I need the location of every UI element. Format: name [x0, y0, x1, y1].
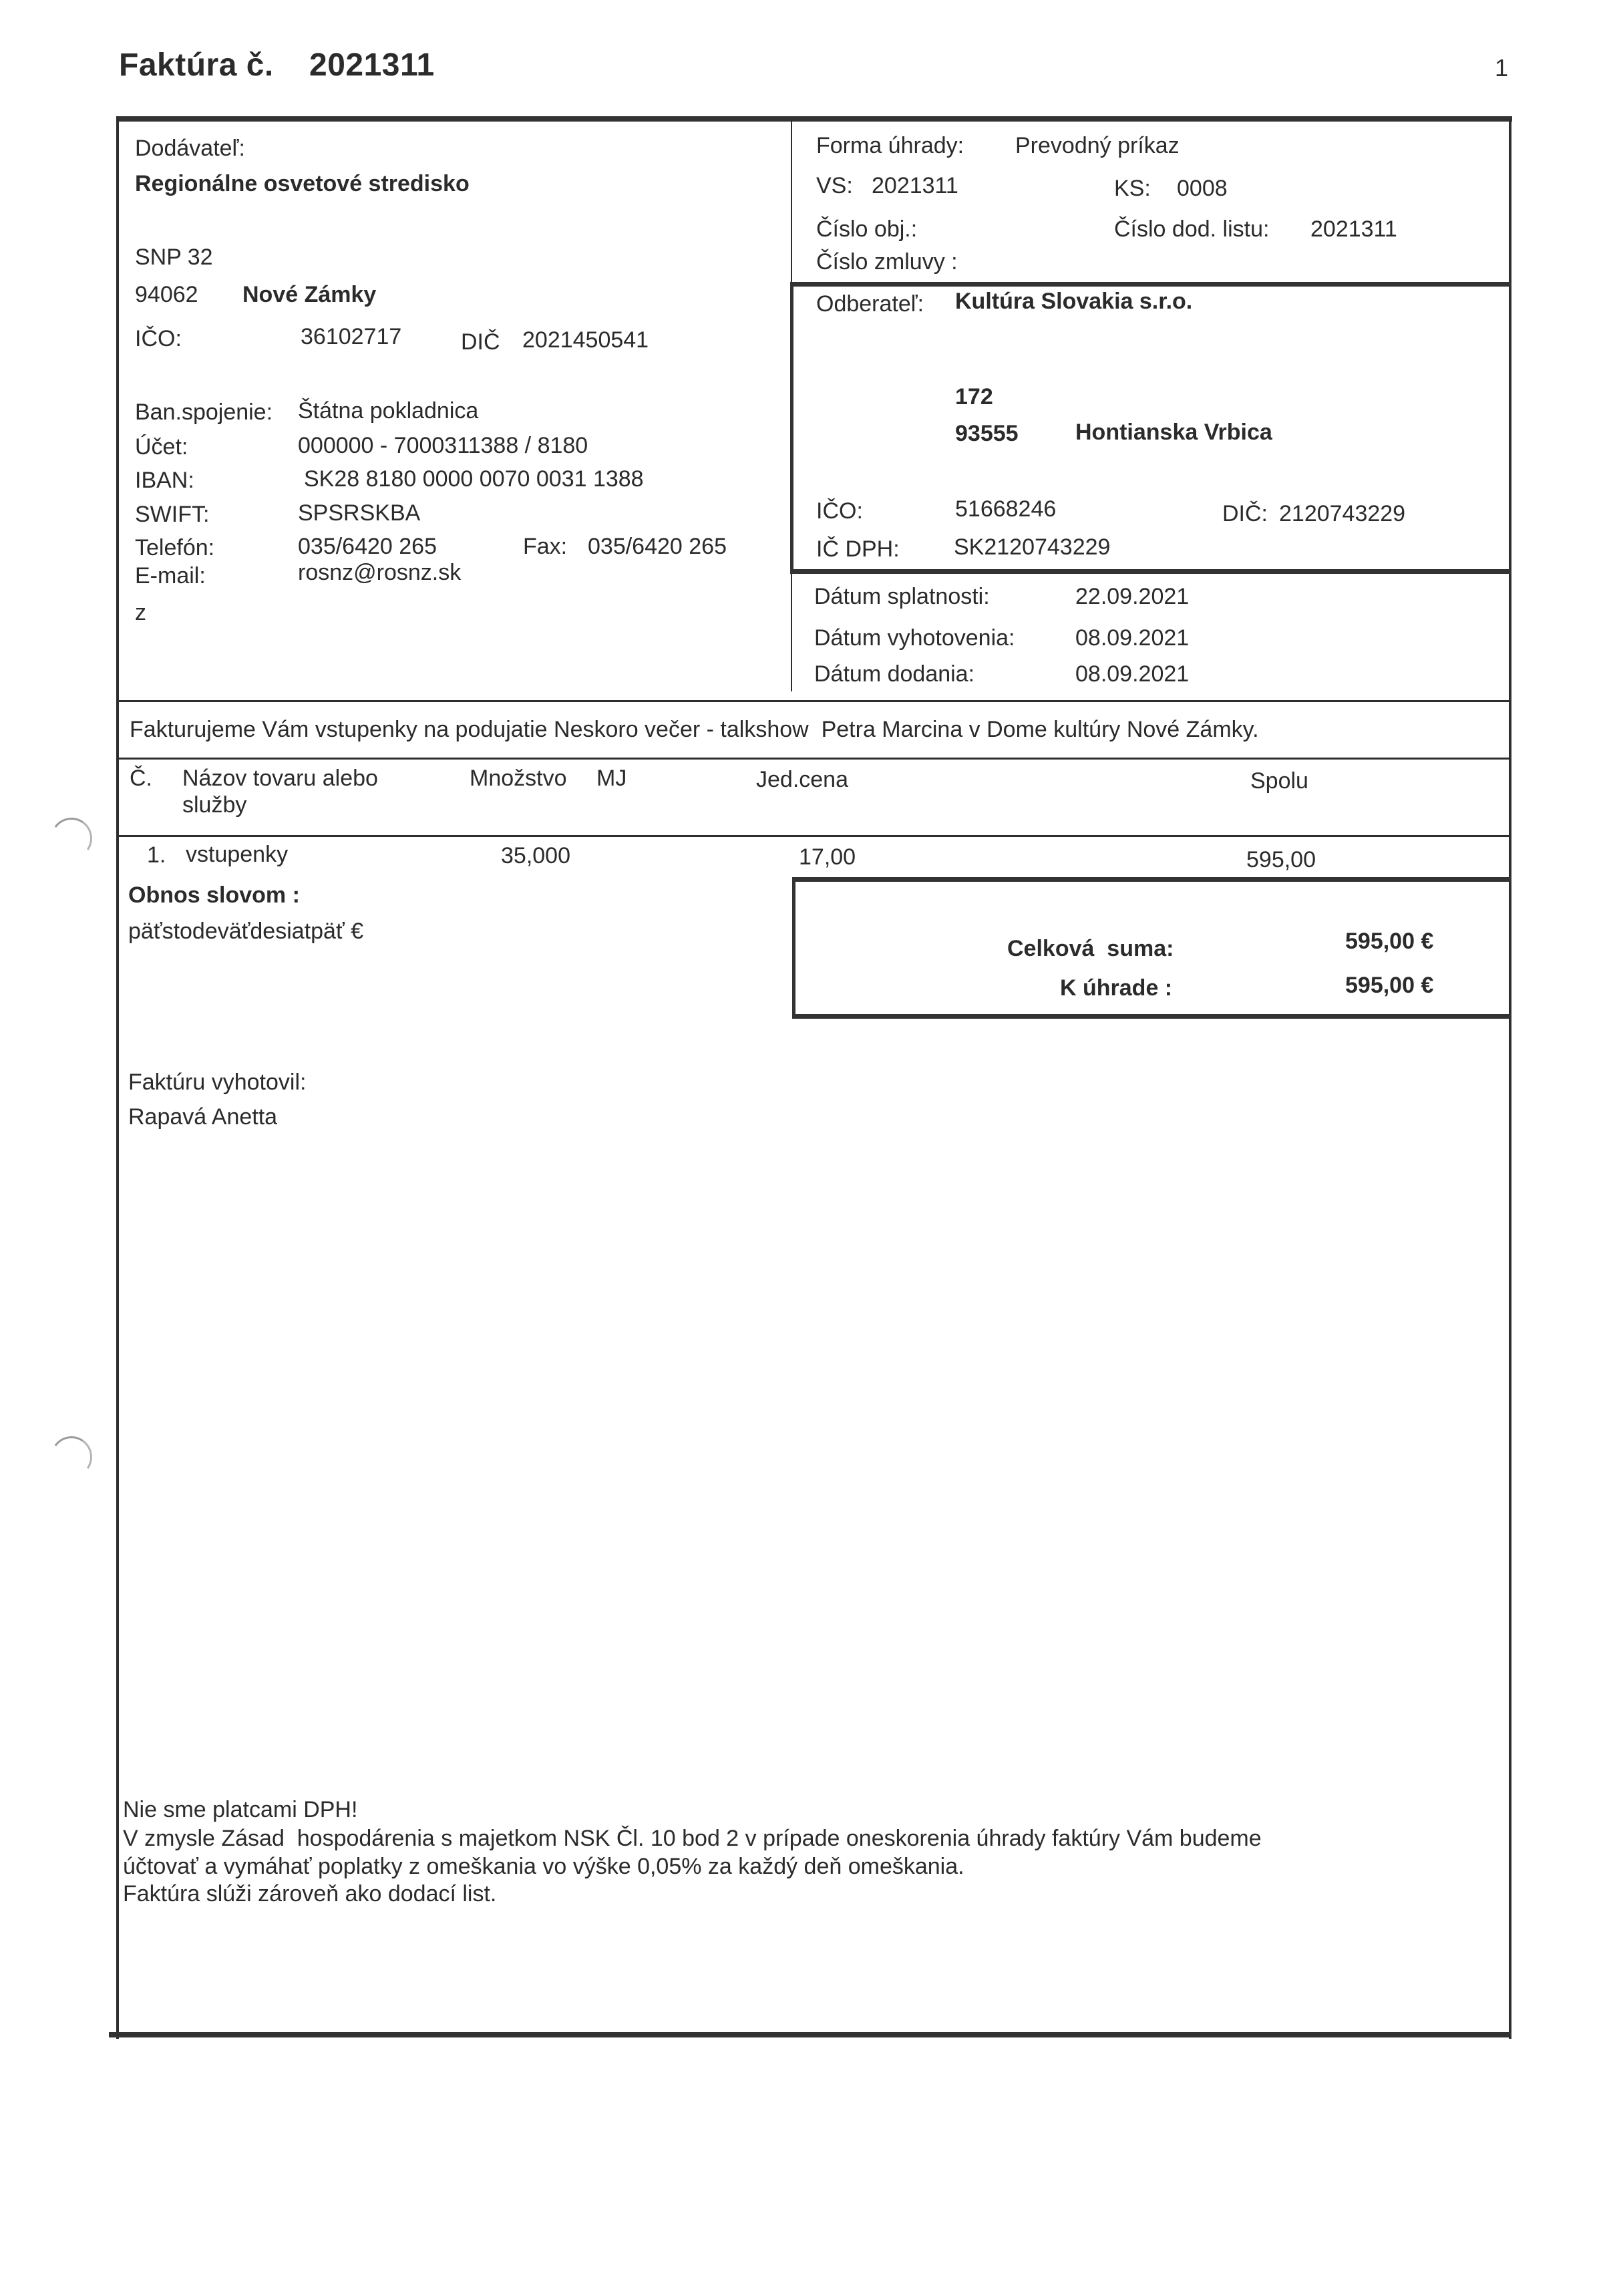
supplier-dic: 2021450541	[522, 329, 649, 351]
supplier-label: Dodávateľ:	[135, 137, 245, 160]
bank-label: Ban.spojenie:	[135, 401, 273, 424]
phone-label: Telefón:	[135, 536, 214, 559]
row-total: 595,00	[1246, 848, 1316, 871]
col-header-name-cont: služby	[182, 794, 246, 816]
divider-line	[118, 700, 1511, 702]
issuer-label: Faktúru vyhotovil:	[128, 1071, 306, 1094]
customer-city: Hontianska Vrbica	[1075, 421, 1272, 444]
fax-value: 035/6420 265	[588, 535, 727, 558]
col-header-unit: MJ	[596, 767, 627, 790]
invoice-title-label: Faktúra č.	[119, 49, 274, 81]
account-number: 000000 - 7000311388 / 8180	[298, 434, 588, 457]
delivery-date: 08.09.2021	[1075, 663, 1189, 685]
totals-box-bottom	[792, 1014, 1511, 1019]
footer-note-line: účtovať a vymáhať poplatky z omeškania v…	[123, 1855, 964, 1878]
supplier-dic-label: DIČ	[461, 331, 500, 353]
order-number-label: Číslo obj.:	[816, 218, 917, 240]
supplier-name: Regionálne osvetové stredisko	[135, 172, 470, 195]
col-header-total: Spolu	[1250, 770, 1308, 792]
vs-label: VS:	[816, 174, 853, 197]
customer-dic-label: DIČ:	[1222, 502, 1268, 525]
contract-number-label: Číslo zmluvy :	[816, 251, 958, 273]
frame-top-border	[118, 116, 1512, 122]
frame-left-border	[116, 116, 119, 2039]
iban-value: SK28 8180 0000 0070 0031 1388	[304, 468, 644, 490]
page-number: 1	[1495, 56, 1508, 80]
customer-box-bottom	[791, 569, 1511, 574]
punch-hole-mark	[47, 814, 96, 862]
due-date-label: Dátum splatnosti:	[814, 585, 990, 608]
divider-line	[118, 758, 1511, 760]
totals-box-left	[792, 877, 795, 1019]
issuer-name: Rapavá Anetta	[128, 1106, 277, 1128]
issue-date-label: Dátum vyhotovenia:	[814, 627, 1015, 649]
phone-value: 035/6420 265	[298, 535, 437, 558]
customer-box-top	[791, 282, 1511, 287]
email-value: rosnz@rosnz.sk	[298, 561, 461, 584]
frame-right-border	[1509, 119, 1511, 2039]
fax-label: Fax:	[523, 535, 567, 558]
customer-dic: 2120743229	[1279, 502, 1405, 525]
supplier-street: SNP 32	[135, 246, 213, 269]
payment-method-label: Forma úhrady:	[816, 134, 964, 157]
delivery-note-number: 2021311	[1310, 218, 1397, 240]
amount-due-label: K úhrade :	[1060, 977, 1172, 999]
invoice-description: Fakturujeme Vám vstupenky na podujatie N…	[130, 718, 1259, 741]
swift-value: SPSRSKBA	[298, 502, 420, 524]
row-item-name: vstupenky	[186, 843, 288, 866]
col-header-name: Názov tovaru alebo	[182, 767, 378, 790]
swift-label: SWIFT:	[135, 503, 209, 526]
total-amount: 595,00 €	[1345, 930, 1433, 953]
customer-name: Kultúra Slovakia s.r.o.	[955, 290, 1192, 313]
ks-label: KS:	[1114, 177, 1151, 200]
customer-box-left	[790, 282, 793, 574]
supplier-ico-label: IČO:	[135, 327, 182, 350]
bank-name: Štátna pokladnica	[298, 399, 478, 422]
total-amount-label: Celková suma:	[1007, 937, 1174, 960]
supplier-city: Nové Zámky	[242, 283, 376, 306]
amount-in-words-label: Obnos slovom :	[128, 884, 300, 907]
customer-label: Odberateľ:	[816, 293, 924, 315]
invoice-number: 2021311	[309, 49, 435, 81]
vs-value: 2021311	[872, 174, 958, 197]
delivery-note-label: Číslo dod. listu:	[1114, 218, 1269, 240]
totals-box-top	[792, 877, 1511, 882]
footer-note-line: V zmysle Zásad hospodárenia s majetkom N…	[123, 1827, 1262, 1850]
customer-icdph: SK2120743229	[954, 536, 1110, 558]
payment-method: Prevodný príkaz	[1015, 134, 1180, 157]
col-header-number: Č.	[130, 767, 152, 790]
supplier-zip: 94062	[135, 283, 198, 306]
punch-hole-mark	[47, 1433, 96, 1481]
due-date: 22.09.2021	[1075, 585, 1189, 608]
delivery-date-label: Dátum dodania:	[814, 663, 974, 685]
divider-line	[118, 835, 1511, 837]
amount-due: 595,00 €	[1345, 974, 1433, 997]
account-label: Účet:	[135, 436, 188, 458]
supplier-note: z	[135, 601, 146, 624]
row-unit-price: 17,00	[799, 846, 856, 868]
customer-icdph-label: IČ DPH:	[816, 538, 900, 560]
email-label: E-mail:	[135, 564, 206, 587]
frame-bottom-border	[109, 2032, 1511, 2037]
iban-label: IBAN:	[135, 469, 194, 492]
row-number: 1.	[147, 844, 166, 866]
customer-zip: 93555	[955, 422, 1019, 445]
row-quantity: 35,000	[501, 844, 570, 867]
customer-street: 172	[955, 385, 993, 408]
footer-note-line: Nie sme platcami DPH!	[123, 1798, 357, 1821]
col-header-unit-price: Jed.cena	[756, 768, 848, 791]
footer-note-line: Faktúra slúži zároveň ako dodací list.	[123, 1882, 496, 1905]
customer-ico: 51668246	[955, 498, 1056, 520]
supplier-ico: 36102717	[301, 325, 401, 348]
ks-value: 0008	[1177, 177, 1228, 200]
issue-date: 08.09.2021	[1075, 627, 1189, 649]
amount-in-words: päťstodeväťdesiatpäť €	[128, 920, 363, 943]
col-header-quantity: Množstvo	[470, 767, 567, 790]
customer-ico-label: IČO:	[816, 500, 863, 522]
